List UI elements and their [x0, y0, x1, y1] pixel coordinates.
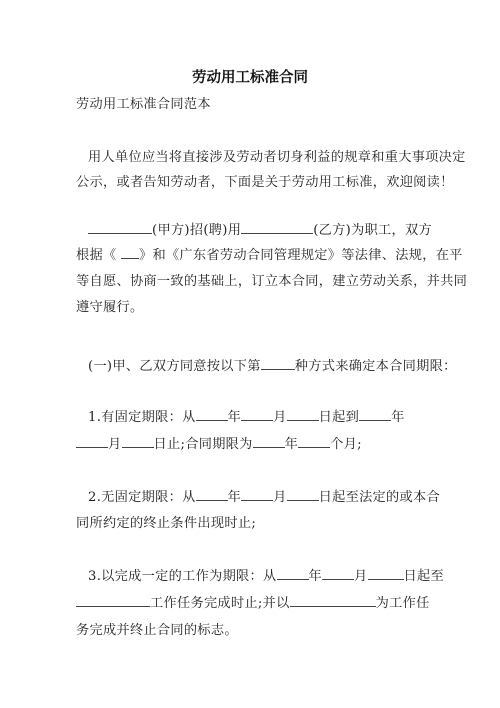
item-3-line-3: 务完成并终止合同的标志。 — [76, 619, 238, 638]
document-title: 劳动用工标准合同 — [0, 66, 500, 87]
blank — [368, 567, 404, 580]
blank — [359, 408, 391, 421]
blank — [196, 408, 228, 421]
blank-law-name — [121, 246, 139, 259]
intro-line-2: 公示，或者告知劳动者，下面是关于劳动用工标准，欢迎阅读！ — [76, 171, 454, 190]
blank — [253, 435, 285, 448]
item-2-line-2: 同所约定的终止条件出现时止; — [76, 512, 256, 531]
blank — [241, 488, 273, 501]
item-1-line-1: 1.有固定期限：从年月日起到年 — [88, 406, 405, 425]
intro-line-1: 用人单位应当将直接涉及劳动者切身利益的规章和重大事项决定 — [88, 146, 466, 165]
blank — [241, 408, 273, 421]
blank — [122, 435, 154, 448]
blank-party-a — [88, 221, 152, 234]
blank — [277, 567, 309, 580]
blank — [76, 594, 150, 607]
blank — [287, 488, 319, 501]
blank — [287, 408, 319, 421]
parties-line-2: 根据《 》和《广东省劳动合同管理规定》等法律、法规，在平 — [76, 244, 463, 263]
blank-party-b — [241, 221, 313, 234]
document-subtitle: 劳动用工标准合同范本 — [76, 93, 211, 112]
clause-1: (一)甲、乙双方同意按以下第种方式来确定本合同期限： — [88, 355, 457, 374]
blank — [290, 594, 376, 607]
item-3-line-2: 工作任务完成时止;并以为工作任 — [76, 592, 430, 611]
blank — [76, 435, 108, 448]
blank — [298, 435, 330, 448]
parties-line-3: 等自愿、协商一致的基础上，订立本合同，建立劳动关系，并共同 — [76, 270, 467, 289]
blank — [196, 488, 228, 501]
item-2-line-1: 2.无固定期限：从年月日起至法定的或本合 — [88, 486, 440, 505]
blank-method — [261, 357, 295, 370]
parties-line-4: 遵守履行。 — [76, 296, 143, 315]
item-1-line-2: 月日止;合同期限为年个月; — [76, 433, 362, 452]
item-3-line-1: 3.以完成一定的工作为期限：从年月日起至 — [88, 565, 444, 584]
blank — [322, 567, 354, 580]
parties-line-1: (甲方)招(聘)用(乙方)为职工，双方 — [88, 219, 432, 238]
